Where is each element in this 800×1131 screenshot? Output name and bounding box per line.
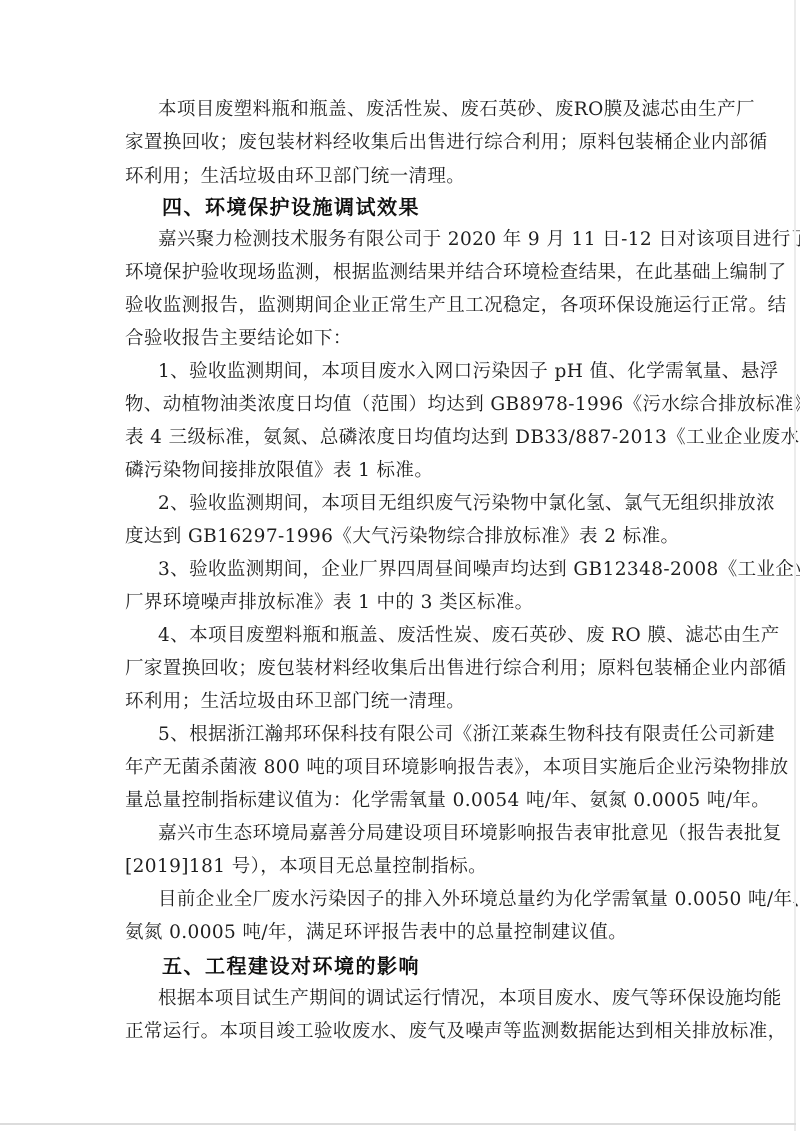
conclusion-4-line-3: 环利用；生活垃圾由环卫部门统一清理。 xyxy=(125,690,670,714)
paragraph-monitoring-line-4: 合验收报告主要结论如下： xyxy=(125,327,670,351)
paragraph-waste-line-1: 本项目废塑料瓶和瓶盖、废活性炭、废石英砂、废RO膜及滤芯由生产厂 xyxy=(158,98,670,122)
conclusion-5-line-1: 5、根据浙江瀚邦环保科技有限公司《浙江莱森生物科技有限责任公司新建 xyxy=(158,723,670,747)
paragraph-monitoring-line-2: 环境保护验收现场监测，根据监测结果并结合环境检查结果，在此基础上编制了 xyxy=(125,261,670,285)
paragraph-monitoring-line-1: 嘉兴聚力检测技术服务有限公司于 2020 年 9 月 11 日-12 日对该项目… xyxy=(158,228,670,252)
conclusion-1-line-1: 1、验收监测期间，本项目废水入网口污染因子 pH 值、化学需氧量、悬浮 xyxy=(158,360,670,384)
paragraph-waste-line-2: 家置换回收；废包装材料经收集后出售进行综合利用；原料包装桶企业内部循 xyxy=(125,131,670,155)
conclusion-5-line-3: 量总量控制指标建议值为：化学需氧量 0.0054 吨/年、氨氮 0.0005 吨… xyxy=(125,789,670,813)
impact-line-1: 根据本项目试生产期间的调试运行情况，本项目废水、废气等环保设施均能 xyxy=(158,987,670,1011)
impact-line-2: 正常运行。本项目竣工验收废水、废气及噪声等监测数据能达到相关排放标准， xyxy=(125,1020,670,1044)
conclusion-1-line-4: 磷污染物间接排放限值》表 1 标准。 xyxy=(125,459,670,483)
conclusion-5-line-2: 年产无菌杀菌液 800 吨的项目环境影响报告表》，本项目实施后企业污染物排放 xyxy=(125,756,670,780)
total-emission-line-2: 氨氮 0.0005 吨/年，满足环评报告表中的总量控制建议值。 xyxy=(125,921,670,945)
scan-edge-bottom xyxy=(0,1123,796,1125)
approval-line-1: 嘉兴市生态环境局嘉善分局建设项目环境影响报告表审批意见（报告表批复 xyxy=(158,822,670,846)
section-heading-4: 四、环境保护设施调试效果 xyxy=(162,194,420,220)
approval-line-2: [2019]181 号），本项目无总量控制指标。 xyxy=(125,855,670,879)
conclusion-1-line-2: 物、动植物油类浓度日均值（范围）均达到 GB8978-1996《污水综合排放标准… xyxy=(125,393,670,417)
paragraph-monitoring-line-3: 验收监测报告，监测期间企业正常生产且工况稳定，各项环保设施运行正常。结 xyxy=(125,294,670,318)
document-page: 本项目废塑料瓶和瓶盖、废活性炭、废石英砂、废RO膜及滤芯由生产厂 家置换回收；废… xyxy=(0,0,800,1131)
conclusion-1-line-3: 表 4 三级标准，氨氮、总磷浓度日均值均达到 DB33/887-2013《工业企… xyxy=(125,426,670,450)
conclusion-4-line-2: 厂家置换回收；废包装材料经收集后出售进行综合利用；原料包装桶企业内部循 xyxy=(125,657,670,681)
paragraph-waste-line-3: 环利用；生活垃圾由环卫部门统一清理。 xyxy=(125,165,670,189)
section-heading-5: 五、工程建设对环境的影响 xyxy=(162,953,420,979)
conclusion-3-line-2: 厂界环境噪声排放标准》表 1 中的 3 类区标准。 xyxy=(125,591,670,615)
conclusion-4-line-1: 4、本项目废塑料瓶和瓶盖、废活性炭、废石英砂、废 RO 膜、滤芯由生产 xyxy=(158,624,670,648)
scan-edge-right xyxy=(794,0,796,1131)
conclusion-2-line-2: 度达到 GB16297-1996《大气污染物综合排放标准》表 2 标准。 xyxy=(125,525,670,549)
total-emission-line-1: 目前企业全厂废水污染因子的排入外环境总量约为化学需氧量 0.0050 吨/年、 xyxy=(158,888,670,912)
conclusion-3-line-1: 3、验收监测期间，企业厂界四周昼间噪声均达到 GB12348-2008《工业企业 xyxy=(158,558,670,582)
conclusion-2-line-1: 2、验收监测期间，本项目无组织废气污染物中氯化氢、氯气无组织排放浓 xyxy=(158,492,670,516)
